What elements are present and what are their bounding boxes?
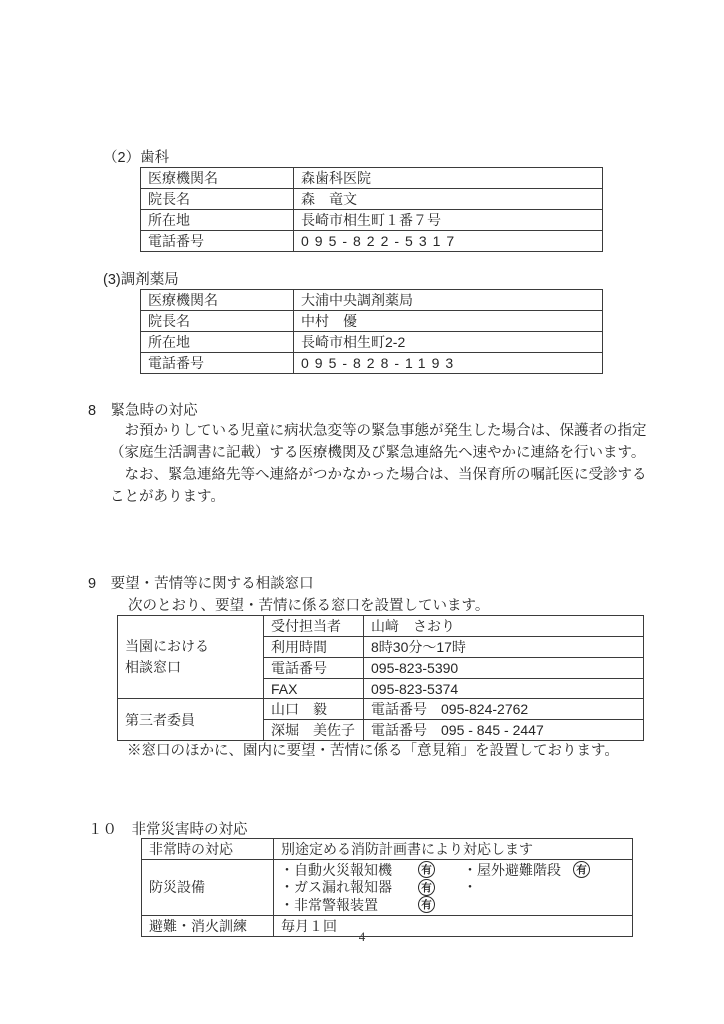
row-value: 長崎市相生町１番７号 xyxy=(294,210,603,231)
table-row: 防災設備 ・自動火災報知機 有 ・屋外避難階段 有 ・ガス漏れ報知器 有 ・ ・ xyxy=(142,860,633,916)
contact-group-label-line1: 当園における xyxy=(125,636,259,657)
table-row: 医療機関名 大浦中央調剤薬局 xyxy=(141,290,603,311)
table-row: 院長名 中村 優 xyxy=(141,311,603,332)
row-label: 医療機関名 xyxy=(141,290,294,311)
table-row: 当園における 相談窓口 受付担当者 山﨑 さおり xyxy=(118,616,644,637)
table-row: 電話番号 095-828-1193 xyxy=(141,353,603,374)
contact-table: 当園における 相談窓口 受付担当者 山﨑 さおり 利用時間 8時30分～17時 … xyxy=(117,615,644,741)
committee-member-phone: 電話番号 095 - 845 - 2447 xyxy=(364,720,644,741)
pharmacy-table: 医療機関名 大浦中央調剤薬局 院長名 中村 優 所在地 長崎市相生町2-2 電話… xyxy=(140,289,603,374)
section-contact-heading: 9 要望・苦情等に関する相談窓口 xyxy=(88,572,314,593)
availability-mark-icon: 有 xyxy=(573,861,590,878)
emergency-paragraph-2: なお、緊急連絡先等へ連絡がつかなかった場合は、当保育所の嘱託医に受診することがあ… xyxy=(110,464,658,508)
contact-note-text: ※窓口のほかに、園内に要望・苦情に係る「意見箱」を設置しております。 xyxy=(127,739,619,760)
table-row: 所在地 長崎市相生町2-2 xyxy=(141,332,603,353)
row-value: 別途定める消防計画書により対応します xyxy=(274,839,633,860)
row-label: 利用時間 xyxy=(264,637,364,658)
row-value: 8時30分～17時 xyxy=(364,637,644,658)
contact-intro-text: 次のとおり、要望・苦情に係る窓口を設置しています。 xyxy=(128,594,489,615)
section-pharmacy-heading: (3)調剤薬局 xyxy=(103,268,179,289)
row-label: 所在地 xyxy=(141,210,294,231)
equipment-line: ・自動火災報知機 有 ・屋外避難階段 有 xyxy=(280,861,630,879)
contact-group-label: 当園における 相談窓口 xyxy=(118,616,264,699)
equipment-line: ・ガス漏れ報知器 有 ・ xyxy=(280,879,630,897)
availability-mark-icon: 有 xyxy=(418,896,435,913)
disaster-table: 非常時の対応 別途定める消防計画書により対応します 防災設備 ・自動火災報知機 … xyxy=(141,838,633,937)
document-page: （2）歯科 医療機関名 森歯科医院 院長名 森 竜文 所在地 長崎市相生町１番７… xyxy=(0,0,724,1024)
table-row: 院長名 森 竜文 xyxy=(141,189,603,210)
row-label: 電話番号 xyxy=(141,353,294,374)
section-emergency-heading: 8 緊急時の対応 xyxy=(88,399,198,420)
row-label: 防災設備 xyxy=(142,860,274,916)
committee-member-name: 深堀 美佐子 xyxy=(264,720,364,741)
row-label: 所在地 xyxy=(141,332,294,353)
emergency-body: お預かりしている児童に病状急変等の緊急事態が発生した場合は、保護者の指定（家庭生… xyxy=(110,420,658,508)
row-value: 森歯科医院 xyxy=(294,168,603,189)
row-label: 院長名 xyxy=(141,311,294,332)
equipment-list-cell: ・自動火災報知機 有 ・屋外避難階段 有 ・ガス漏れ報知器 有 ・ ・非常警報装… xyxy=(274,860,633,916)
row-label: FAX xyxy=(264,679,364,699)
table-row: 第三者委員 山口 毅 電話番号 095-824-2762 xyxy=(118,699,644,720)
contact-group-label-line2: 相談窓口 xyxy=(125,657,259,678)
section-dental-heading: （2）歯科 xyxy=(103,146,169,167)
committee-member-phone: 電話番号 095-824-2762 xyxy=(364,699,644,720)
section-disaster-heading: １０ 非常災害時の対応 xyxy=(88,818,248,839)
availability-mark-icon: 有 xyxy=(418,879,435,896)
row-value: 山﨑 さおり xyxy=(364,616,644,637)
equipment-item-label: ・非常警報装置 xyxy=(280,895,418,915)
row-label: 電話番号 xyxy=(141,231,294,252)
fax-number-value: 095-823-5374 xyxy=(364,679,644,699)
table-row: 所在地 長崎市相生町１番７号 xyxy=(141,210,603,231)
row-label: 電話番号 xyxy=(264,658,364,679)
phone-number-value: 095-822-5317 xyxy=(294,231,603,252)
table-row: 電話番号 095-822-5317 xyxy=(141,231,603,252)
row-value: 森 竜文 xyxy=(294,189,603,210)
row-label: 医療機関名 xyxy=(141,168,294,189)
row-label: 受付担当者 xyxy=(264,616,364,637)
emergency-paragraph-1: お預かりしている児童に病状急変等の緊急事態が発生した場合は、保護者の指定（家庭生… xyxy=(110,420,658,464)
row-value: 長崎市相生町2-2 xyxy=(294,332,603,353)
row-label: 院長名 xyxy=(141,189,294,210)
row-value: 大浦中央調剤薬局 xyxy=(294,290,603,311)
table-row: 医療機関名 森歯科医院 xyxy=(141,168,603,189)
equipment-line: ・非常警報装置 有 xyxy=(280,896,630,914)
committee-member-name: 山口 毅 xyxy=(264,699,364,720)
availability-mark-icon: 有 xyxy=(418,861,435,878)
table-row: 非常時の対応 別途定める消防計画書により対応します xyxy=(142,839,633,860)
row-value: 中村 優 xyxy=(294,311,603,332)
dental-table: 医療機関名 森歯科医院 院長名 森 竜文 所在地 長崎市相生町１番７号 電話番号… xyxy=(140,167,603,252)
phone-number-value: 095-823-5390 xyxy=(364,658,644,679)
equipment-item-label: ・ xyxy=(463,877,573,897)
row-label: 非常時の対応 xyxy=(142,839,274,860)
third-party-committee-label: 第三者委員 xyxy=(118,699,264,741)
phone-number-value: 095-828-1193 xyxy=(294,353,603,374)
page-number: 4 xyxy=(0,929,724,945)
